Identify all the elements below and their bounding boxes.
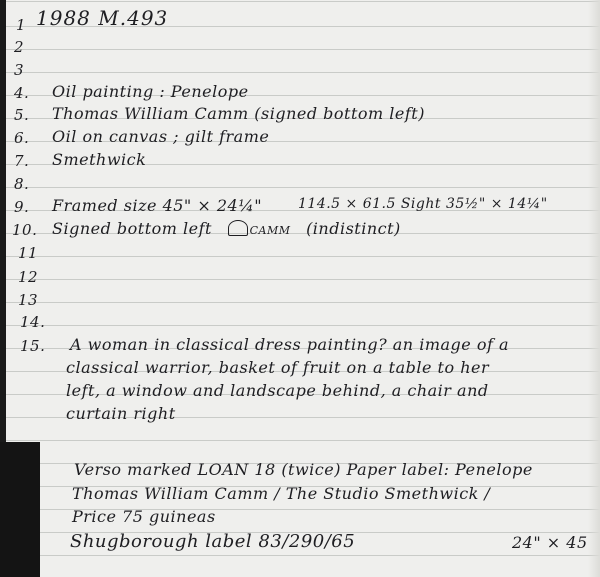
- signature-monogram-icon: [228, 220, 248, 236]
- line-5-text: Thomas William Camm (signed bottom left): [52, 104, 425, 123]
- line-number-15: 15.: [20, 337, 45, 355]
- line-6-text: Oil on canvas ; gilt frame: [52, 127, 269, 146]
- line-number-8: 8.: [14, 175, 29, 193]
- line-4-text: Oil painting : Penelope: [52, 82, 249, 101]
- shugborough-label: Shugborough label 83/290/65: [70, 531, 355, 552]
- line-15-description: A woman in classical dress painting? an …: [70, 335, 509, 354]
- verso-note-3: Price 75 guineas: [72, 507, 216, 526]
- signature-transcription: CAMM: [228, 219, 291, 238]
- line-number-4: 4.: [14, 84, 29, 102]
- line-7-text: Smethwick: [52, 150, 146, 169]
- verso-note-2: Thomas William Camm / The Studio Smethwi…: [72, 484, 490, 503]
- line-10-text-before: Signed bottom left: [52, 219, 212, 238]
- line-number-5: 5.: [14, 106, 29, 124]
- description-continuation-3: curtain right: [66, 404, 176, 423]
- line-number-10: 10.: [12, 221, 37, 239]
- line-number-11: 11: [18, 244, 38, 262]
- line-10-text: Signed bottom left CAMM (indistinct): [52, 219, 401, 238]
- description-continuation-1: classical warrior, basket of fruit on a …: [66, 358, 489, 377]
- line-number-12: 12: [18, 268, 38, 286]
- verso-note-1: Verso marked LOAN 18 (twice) Paper label…: [74, 460, 533, 479]
- description-continuation-2: left, a window and landscape behind, a c…: [66, 381, 489, 400]
- line-number-13: 13: [18, 291, 38, 309]
- line-10-text-after: (indistinct): [306, 219, 401, 238]
- line-number-6: 6.: [14, 129, 29, 147]
- line-number-2: 2: [14, 38, 24, 56]
- line-number-1: 1: [16, 16, 26, 34]
- shugborough-dimensions: 24" × 45: [512, 533, 588, 552]
- line-number-3: 3: [14, 61, 24, 79]
- page-right-edge: [588, 0, 600, 577]
- page-shadow-block: [0, 442, 40, 577]
- line-9-framed-size: Framed size 45" × 24¼": [52, 196, 262, 215]
- catalogue-number-heading: 1988 M.493: [36, 6, 168, 30]
- line-number-7: 7.: [14, 152, 29, 170]
- line-number-9: 9.: [14, 198, 29, 216]
- line-9-metric-size: 114.5 × 61.5 Sight 35½" × 14¼": [298, 196, 548, 212]
- line-number-14: 14.: [20, 313, 45, 331]
